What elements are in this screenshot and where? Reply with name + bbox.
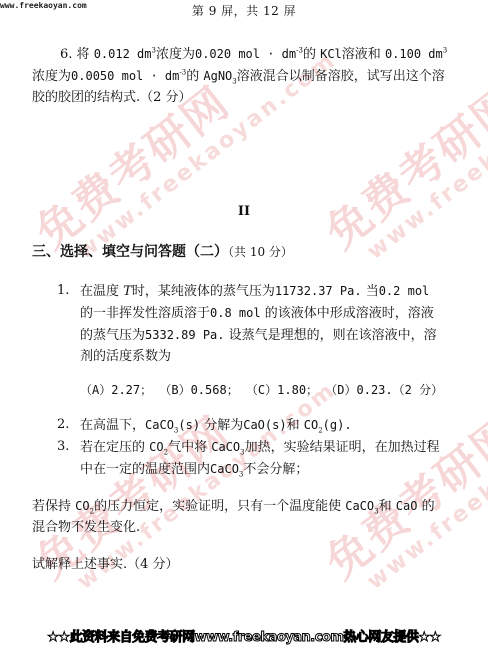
question-6-line-2: 浓度为0.0050 mol · dm-3的 AgNO3溶液混合以制备溶胶，试写出… [32,66,445,87]
question-6-line-1: 6. 将 0.012 dm3浓度为0.020 mol · dm-3的 KCl溶液… [60,44,447,65]
question-3-line-2: 中在一定的温度范围内CaCO3不会分解； [80,459,308,480]
section-heading: 三、选择、填空与问答题（二）（共 10 分） [32,241,293,261]
question-1-line-2: 的一非挥发性溶质溶于0.8 mol 的该液体中形成溶液时，溶液 [80,303,434,324]
paragraph-line-2: 混合物不发生变化. [32,518,140,538]
question-1-line-4: 剂的活度系数为 [80,347,171,367]
section-roman-numeral: II [0,204,488,219]
paragraph-line-3: 试解释上述事实.（4 分） [32,555,179,575]
question-1-options: （A）2.27； （B）0.568； （C）1.80； （D）0.23.（2 分… [80,380,443,400]
question-1-line-1: 在温度 T时，某纯液体的蒸气压为11732.37 Pa. 当0.2 mol [80,281,429,302]
question-1-line-3: 的蒸气压为5332.89 Pa. 设蒸气是理想的，则在该溶液中，溶 [80,325,437,346]
question-2-number: 2. [57,415,69,435]
question-2-text: 在高温下，CaCO3(s) 分解为CaO(s)和 CO2(g). [80,415,352,436]
paragraph-line-1: 若保持 CO2的压力恒定，实验证明，只有一个温度能使 CaCO3和 CaO 的 [32,496,435,517]
question-3-number: 3. [57,437,69,457]
question-6-line-3: 胶的胶团的结构式.（2 分） [32,88,192,108]
page-indicator: 第 9 屏，共 12 屏 [0,2,488,19]
question-1-number: 1. [57,281,69,301]
watermark: 免费考研网 www.freekaoyan.com [310,0,488,277]
footer-banner: ★★此资料来自免费考研网www.freekaoyan.com热心网友提供★★ [0,626,488,645]
watermark: 免费考研网 www.freekaoyan.com [20,0,341,277]
watermark: 免费考研网 www.freekaoyan.com [310,330,488,607]
question-3-line-1: 若在定压的 CO2气中将 CaCO3加热，实验结果证明，在加热过程 [80,437,440,458]
